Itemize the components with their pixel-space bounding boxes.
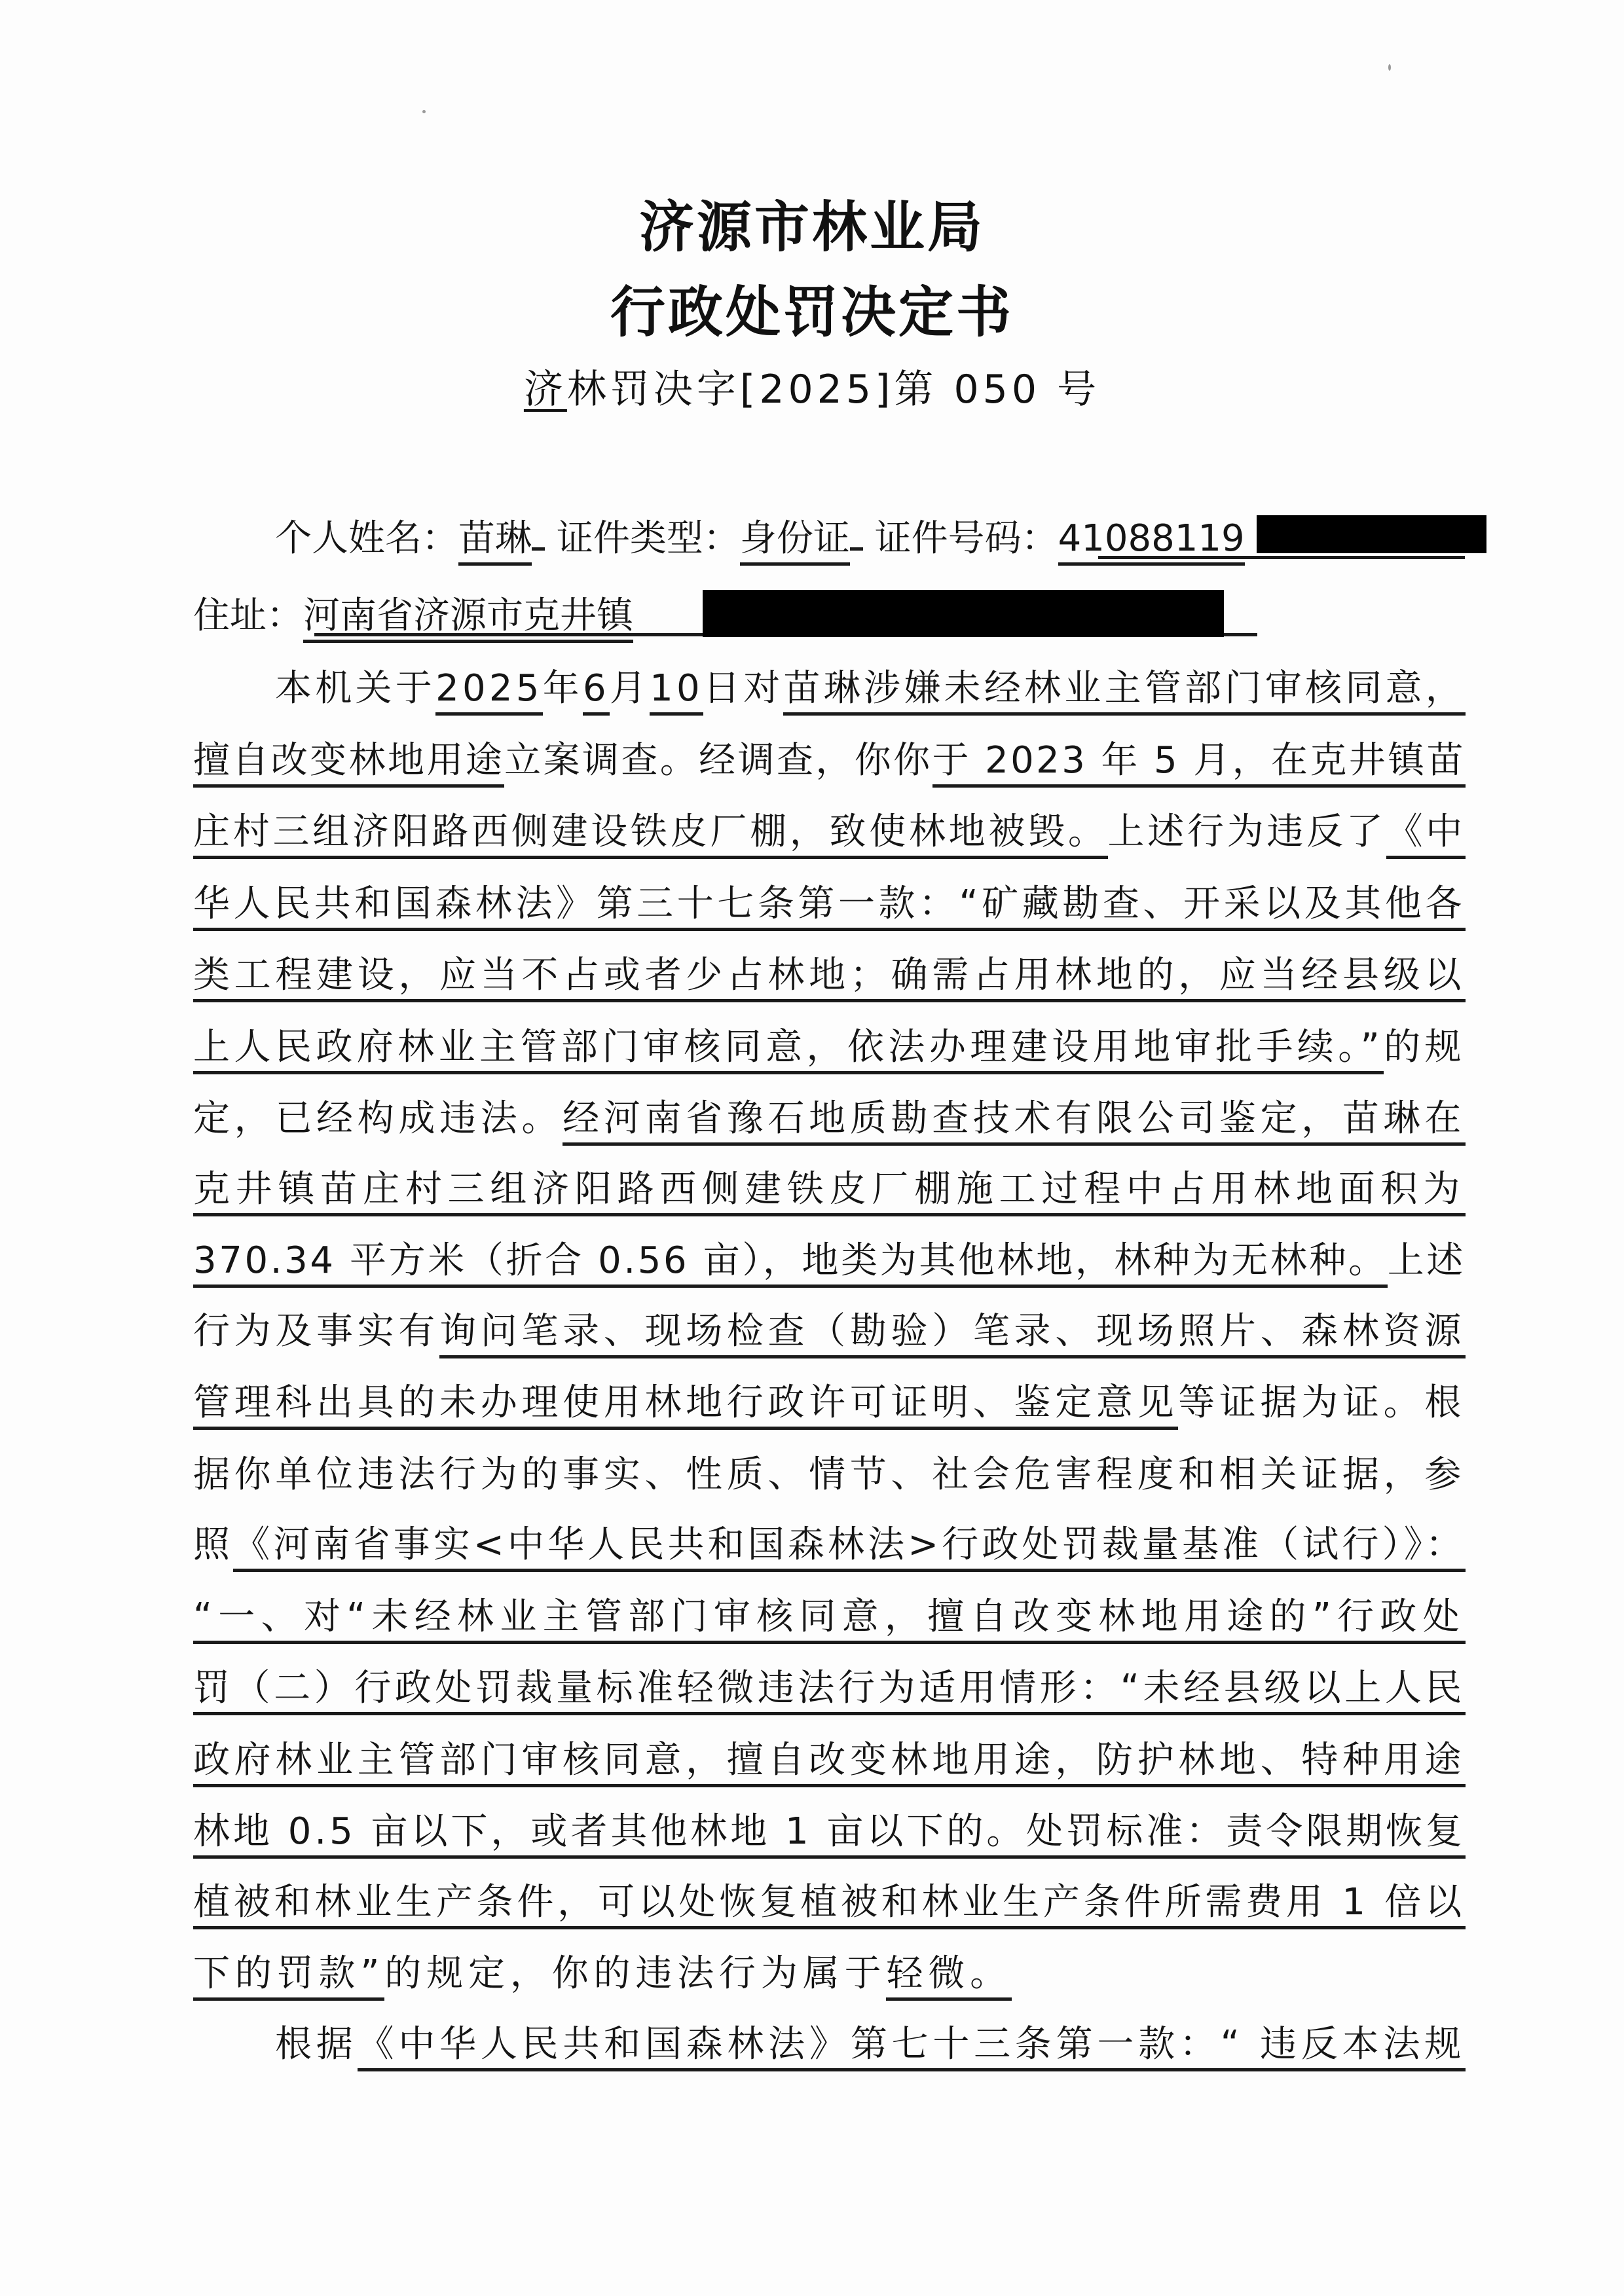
- underlined-text: 经河南省豫石地质勘查技术有限公司鉴定，苗琳在: [563, 1097, 1466, 1146]
- agency-title: 济源市林业局: [0, 200, 1624, 255]
- body-line: 庄村三组济阳路西侧建设铁皮厂棚，致使林地被毁。上述行为违反了《中: [193, 806, 1466, 858]
- underlined-text: 上人民政府林业主管部门审核同意，依法办理建设用地审批手续。”: [193, 1026, 1384, 1074]
- body-line: 定，已经构成违法。经河南省豫石地质勘查技术有限公司鉴定，苗琳在: [193, 1093, 1466, 1145]
- body-text: 根据: [275, 2023, 358, 2066]
- body-text: 的规: [1384, 1026, 1466, 1068]
- body-line: 根据《中华人民共和国森林法》第七十三条第一款：“ 违反本法规: [275, 2018, 1466, 2071]
- underlined-text: 《中华人民共和国森林法》第七十三条第一款：“ 违反本法规: [358, 2023, 1466, 2071]
- body-text: 上述行为违反了: [1108, 811, 1386, 853]
- underlined-text: 管理科出具的未办理使用林地行政许可证明、鉴定意见: [193, 1381, 1178, 1430]
- body-text: 等证据为证。根: [1178, 1381, 1466, 1424]
- body-line: 上人民政府林业主管部门审核同意，依法办理建设用地审批手续。”的规: [193, 1021, 1466, 1074]
- underlined-text: 政府林业主管部门审核同意，擅自改变林地用途，防护林地、特种用途: [193, 1739, 1466, 1787]
- underlined-text: 6: [583, 667, 610, 716]
- scan-speck: [422, 110, 426, 113]
- underlined-text: 擅自改变林地用途: [193, 739, 504, 788]
- body-text: 立案调查。经调查，你你: [504, 739, 932, 782]
- id-type-label: 证件类型：: [557, 517, 740, 560]
- underlined-text: 《河南省事实<中华人民共和国森林法>行政处罚裁量基准（试行）》：: [233, 1523, 1466, 1572]
- body-line: 华人民共和国森林法》第三十七条第一款：“矿藏勘查、开采以及其他各: [193, 878, 1466, 930]
- underlined-text: 苗琳涉嫌未经林业主管部门审核同意，: [783, 667, 1466, 716]
- body-text: 月: [610, 667, 650, 710]
- document-number-prefix: 济: [524, 367, 567, 412]
- scan-speck: [1388, 64, 1391, 71]
- underlined-text: 华人民共和国森林法》第三十七条第一款：“矿藏勘查、开采以及其他各: [193, 883, 1466, 931]
- body-text: 行为及事实有: [193, 1310, 439, 1353]
- underlined-text: 庄村三组济阳路西侧建设铁皮厂棚，致使林地被毁。: [193, 811, 1108, 859]
- underlined-text: 罚（二）行政处罚裁量标准轻微违法行为适用情形：“未经县级以上人民: [193, 1667, 1466, 1715]
- underlined-text: 370.34 平方米（折合 0.56 亩），地类为其他林地，林种为无林种。: [193, 1239, 1388, 1288]
- body-line: 类工程建设，应当不占或者少占林地；确需占用林地的，应当经县级以: [193, 949, 1466, 1002]
- underlined-text: “一、对“未经林业主管部门审核同意，擅自改变林地用途的”行政处: [193, 1595, 1466, 1644]
- body-line: 克井镇苗庄村三组济阳路西侧建铁皮厂棚施工过程中占用林地面积为: [193, 1163, 1466, 1216]
- underlined-text: 10: [650, 667, 703, 716]
- underlined-text: 下的罚款”: [193, 1952, 384, 2001]
- id-number-label: 证件号码：: [875, 517, 1058, 560]
- underlined-text: 克井镇苗庄村三组济阳路西侧建铁皮厂棚施工过程中占用林地面积为: [193, 1168, 1466, 1216]
- document-number-rest: 林罚决字[2025]第 050 号: [567, 367, 1100, 412]
- body-line: 罚（二）行政处罚裁量标准轻微违法行为适用情形：“未经县级以上人民: [193, 1662, 1466, 1715]
- underlined-text: 《中: [1386, 811, 1466, 859]
- body-text: 年: [543, 667, 583, 710]
- body-text: 日对: [703, 667, 784, 710]
- body-text: 定，已经构成违法。: [193, 1097, 563, 1140]
- body-line: 据你单位违法行为的事实、性质、情节、社会危害程度和相关证据，参: [193, 1449, 1466, 1501]
- underlined-text: 询问笔录、现场检查（勘验）笔录、现场照片、森林资源: [439, 1310, 1466, 1358]
- underlined-text: 类工程建设，应当不占或者少占林地；确需占用林地的，应当经县级以: [193, 954, 1466, 1002]
- document-type-title: 行政处罚决定书: [0, 285, 1624, 340]
- body-text: 据你单位违法行为的事实、性质、情节、社会危害程度和相关证据，参: [193, 1453, 1466, 1496]
- body-text: 本机关于: [275, 667, 435, 710]
- name-value: 苗琳: [458, 517, 532, 566]
- body-line: 林地 0.5 亩以下，或者其他林地 1 亩以下的。处罚标准：责令限期恢复: [193, 1806, 1466, 1858]
- id-number-redaction: [1257, 515, 1486, 553]
- body-line: 擅自改变林地用途立案调查。经调查，你你于 2023 年 5 月，在克井镇苗: [193, 735, 1466, 787]
- body-line: 管理科出具的未办理使用林地行政许可证明、鉴定意见等证据为证。根: [193, 1377, 1466, 1429]
- body-line: 政府林业主管部门审核同意，擅自改变林地用途，防护林地、特种用途: [193, 1734, 1466, 1787]
- underlined-text: 2025: [435, 667, 543, 716]
- body-line: 下的罚款”的规定，你的违法行为属于轻微。: [193, 1948, 1012, 2000]
- id-number-underline: [1098, 556, 1465, 559]
- underlined-text: 轻微。: [886, 1952, 1012, 2001]
- body-line: 照《河南省事实<中华人民共和国森林法>行政处罚裁量基准（试行）》：: [193, 1519, 1466, 1571]
- underlined-text: 林地 0.5 亩以下，或者其他林地 1 亩以下的。处罚标准：责令限期恢复: [193, 1810, 1466, 1859]
- body-line: 本机关于2025年6月10日对苗琳涉嫌未经林业主管部门审核同意，: [275, 663, 1466, 715]
- body-text: 照: [193, 1523, 233, 1566]
- underlined-text: 植被和林业生产条件，可以处恢复植被和林业生产条件所需费用 1 倍以: [193, 1881, 1466, 1929]
- name-label: 个人姓名：: [275, 517, 458, 560]
- underlined-text: 于 2023 年 5 月，在克井镇苗: [932, 739, 1466, 788]
- body-text: 上述: [1388, 1239, 1466, 1282]
- body-line: 行为及事实有询问笔录、现场检查（勘验）笔录、现场照片、森林资源: [193, 1305, 1466, 1358]
- body-line: 370.34 平方米（折合 0.56 亩），地类为其他林地，林种为无林种。上述: [193, 1235, 1466, 1287]
- address-redaction: [703, 590, 1224, 637]
- body-line: 植被和林业生产条件，可以处恢复植被和林业生产条件所需费用 1 倍以: [193, 1876, 1466, 1929]
- address-label: 住址：: [193, 594, 303, 637]
- body-text: 的规定，你的违法行为属于: [384, 1952, 886, 1995]
- document-page: 济源市林业局 行政处罚决定书 济林罚决字[2025]第 050 号 个人姓名：苗…: [0, 0, 1624, 2296]
- id-type-value: 身份证: [740, 517, 850, 566]
- document-number: 济林罚决字[2025]第 050 号: [0, 370, 1624, 409]
- body-line: “一、对“未经林业主管部门审核同意，擅自改变林地用途的”行政处: [193, 1591, 1466, 1643]
